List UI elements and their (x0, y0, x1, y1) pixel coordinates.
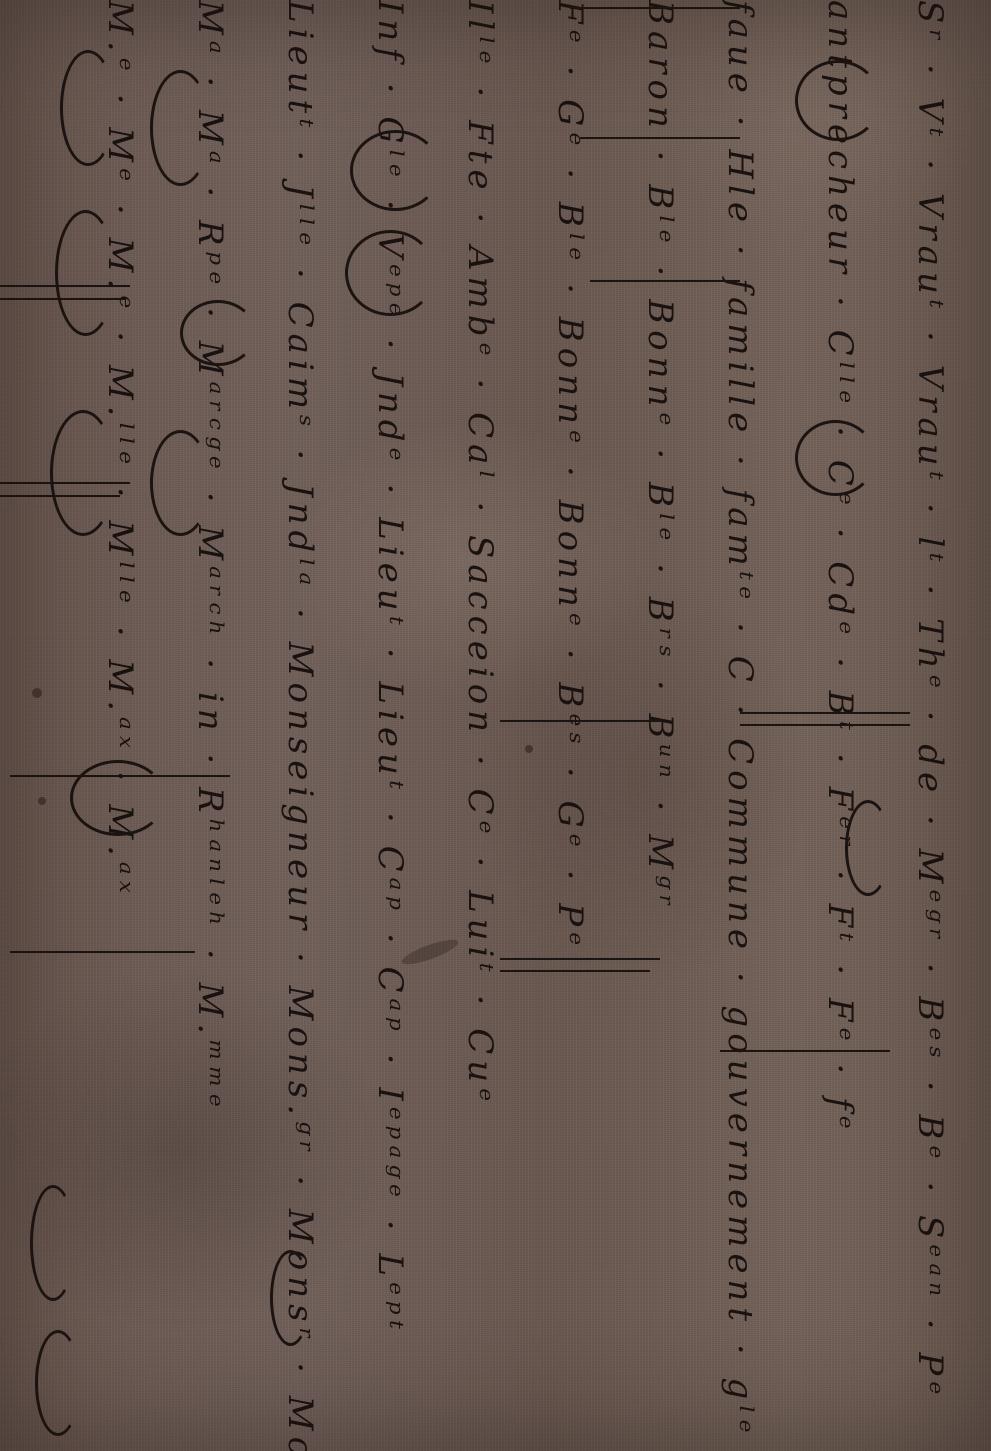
ink-rule (720, 1050, 890, 1052)
flourish-capital (180, 300, 256, 366)
ink-rule (590, 280, 740, 282)
flourish-capital (150, 430, 211, 536)
column-text: Lieutᵗ · Jˡˡᵉ · Caimˢ · Jndˡᵃ · Monseign… (280, 0, 320, 1451)
flourish-capital (30, 1185, 76, 1301)
ink-rule (580, 137, 740, 139)
manuscript-column: Inf · Gˡᵉ · Vᵉᵖᵉ · Jndᵉ · Lieuᵗ · Lieuᵗ … (370, 0, 430, 1451)
ink-stain (32, 688, 42, 698)
flourish-capital (795, 60, 881, 141)
ink-stain (525, 745, 533, 753)
ink-rule (740, 724, 910, 726)
manuscript-column: M.ᵉ · Mᵉ · M.ᵉ · M.ˡˡᵉ · Mˡˡᵉ · M.ᵃˣ · M… (100, 0, 160, 1451)
column-text: Inf · Gˡᵉ · Vᵉᵖᵉ · Jndᵉ · Lieuᵗ · Lieuᵗ … (370, 0, 410, 1451)
ink-rule (10, 775, 230, 777)
ink-rule (0, 298, 125, 300)
ink-rule (500, 720, 660, 722)
flourish-capital (795, 420, 876, 496)
column-text: Fᵉ · Gᵉ · Bˡᵉ · Bonnᵉ · Bonnᵉ · Bᵉˢ · Gᵉ… (550, 0, 590, 1451)
ink-rule (10, 951, 195, 953)
flourish-capital (150, 70, 211, 186)
column-text: Ilˡᵉ · Fte · Ambᵉ · Caˡ · Sacceion · Cᵉ … (460, 0, 500, 1451)
column-text: Sʳ · Vᵗ · Vrauᵗ · Vrauᵗ · lᵗ · Thᵉ · de … (910, 0, 950, 1451)
ink-rule (740, 712, 910, 714)
ink-rule (0, 482, 130, 484)
flourish-capital (270, 1250, 311, 1346)
column-text: Baron · Bˡᵉ · Bonnᵉ · Bˡᵉ · Bʳˢ · Bᵘⁿ · … (640, 0, 680, 1451)
manuscript-column: Baron · Bˡᵉ · Bonnᵉ · Bˡᵉ · Bʳˢ · Bᵘⁿ · … (640, 0, 700, 1451)
flourish-capital (350, 130, 441, 211)
flourish-capital (60, 50, 116, 166)
flourish-capital (845, 800, 891, 896)
flourish-capital (50, 410, 116, 536)
ink-rule (500, 970, 650, 972)
manuscript-column: Mᵃ · Mᵃ · Rᵖᵉ · Mᵃʳᶜᵍᵉ · Mᵃʳᶜʰ · in · Rʰ… (190, 0, 250, 1451)
ink-rule (570, 7, 740, 9)
flourish-capital (35, 1330, 81, 1436)
ink-rule (0, 285, 130, 287)
ink-rule (0, 495, 120, 497)
manuscript-column: Sʳ · Vᵗ · Vrauᵗ · Vrauᵗ · lᵗ · Thᵉ · de … (910, 0, 970, 1451)
flourish-capital (70, 760, 166, 836)
ink-rule (500, 958, 660, 960)
column-text: M.ᵉ · Mᵉ · M.ᵉ · M.ˡˡᵉ · Mˡˡᵉ · M.ᵃˣ · M… (100, 0, 140, 1451)
manuscript-column: Lieutᵗ · Jˡˡᵉ · Caimˢ · Jndˡᵃ · Monseign… (280, 0, 340, 1451)
column-text: Mᵃ · Mᵃ · Rᵖᵉ · Mᵃʳᶜᵍᵉ · Mᵃʳᶜʰ · in · Rʰ… (190, 0, 230, 1451)
ink-stain (38, 797, 46, 805)
flourish-capital (345, 230, 436, 316)
manuscript-page: M.ᵉ · Mᵉ · M.ᵉ · M.ˡˡᵉ · Mˡˡᵉ · M.ᵃˣ · M… (0, 0, 991, 1451)
flourish-capital (55, 210, 116, 336)
manuscript-column: Fᵉ · Gᵉ · Bˡᵉ · Bonnᵉ · Bonnᵉ · Bᵉˢ · Gᵉ… (550, 0, 610, 1451)
manuscript-column: Ilˡᵉ · Fte · Ambᵉ · Caˡ · Sacceion · Cᵉ … (460, 0, 520, 1451)
